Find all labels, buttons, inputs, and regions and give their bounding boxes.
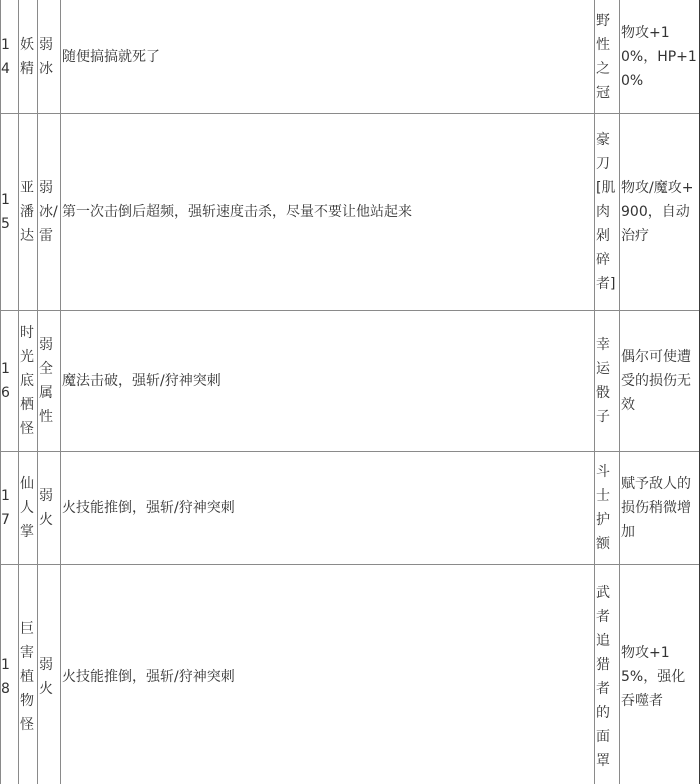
strategy-text: 第一次击倒后超频，强斩速度击杀，尽量不要让他站起来 [61,114,595,311]
strategy-text: 魔法击破，强斩/狩神突刺 [61,311,595,452]
drop-item: 野性之冠 [595,0,620,114]
drop-item: 斗士护额 [595,452,620,565]
row-number: 14 [1,0,19,114]
monster-weakness: 弱冰/雷 [38,114,61,311]
monster-name: 亚潘达 [19,114,38,311]
row-number: 16 [1,311,19,452]
monster-weakness: 弱火 [38,565,61,784]
table-row: 17 仙人掌 弱火 火技能推倒，强斩/狩神突刺 斗士护额 赋予敌人的损伤稍微增加 [1,452,700,565]
row-number: 15 [1,114,19,311]
drop-effect: 物攻+10%，HP+10% [620,0,700,114]
drop-effect: 物攻/魔攻+900，自动治疗 [620,114,700,311]
monster-guide-table: 14 妖精 弱冰 随便搞搞就死了 野性之冠 物攻+10%，HP+10% 15 亚… [0,0,700,784]
monster-weakness: 弱冰 [38,0,61,114]
drop-effect: 赋予敌人的损伤稍微增加 [620,452,700,565]
drop-item: 武者追猎者的面罩 [595,565,620,784]
monster-name: 仙人掌 [19,452,38,565]
row-number: 17 [1,452,19,565]
table-row: 18 巨害植物怪 弱火 火技能推倒，强斩/狩神突刺 武者追猎者的面罩 物攻+15… [1,565,700,784]
monster-name: 巨害植物怪 [19,565,38,784]
monster-name: 妖精 [19,0,38,114]
drop-item: 豪刀[肌肉剁碎者] [595,114,620,311]
drop-item: 幸运骰子 [595,311,620,452]
table-row: 14 妖精 弱冰 随便搞搞就死了 野性之冠 物攻+10%，HP+10% [1,0,700,114]
strategy-text: 火技能推倒，强斩/狩神突刺 [61,452,595,565]
strategy-text: 随便搞搞就死了 [61,0,595,114]
table-row: 15 亚潘达 弱冰/雷 第一次击倒后超频，强斩速度击杀，尽量不要让他站起来 豪刀… [1,114,700,311]
monster-weakness: 弱全属性 [38,311,61,452]
drop-effect: 物攻+15%，强化吞噬者 [620,565,700,784]
drop-effect: 偶尔可使遭受的损伤无效 [620,311,700,452]
table-row: 16 时光底栖怪 弱全属性 魔法击破，强斩/狩神突刺 幸运骰子 偶尔可使遭受的损… [1,311,700,452]
strategy-text: 火技能推倒，强斩/狩神突刺 [61,565,595,784]
monster-weakness: 弱火 [38,452,61,565]
row-number: 18 [1,565,19,784]
monster-name: 时光底栖怪 [19,311,38,452]
